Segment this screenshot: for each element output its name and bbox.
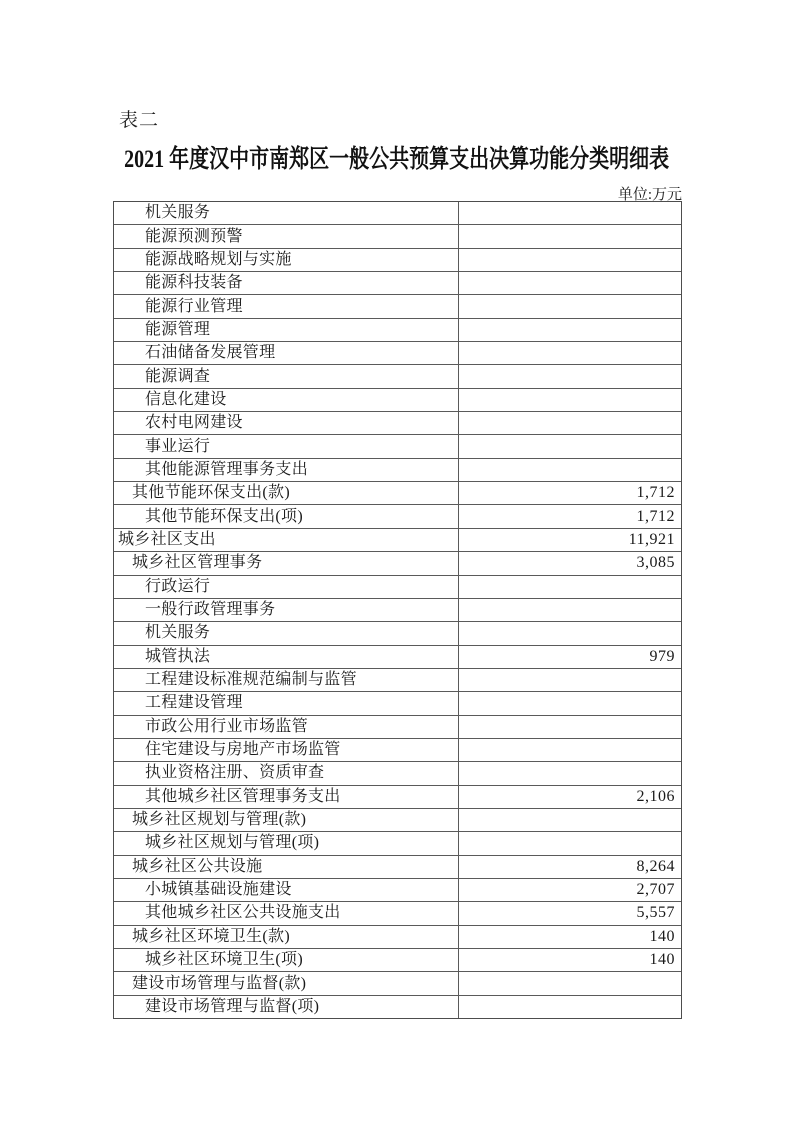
table-row: 工程建设标准规范编制与监管	[114, 669, 681, 692]
row-category-label: 机关服务	[114, 622, 459, 644]
row-category-label: 小城镇基础设施建设	[114, 879, 459, 901]
table-row: 机关服务	[114, 622, 681, 645]
row-amount-value: 2,707	[459, 879, 681, 901]
table-row: 城乡社区规划与管理(款)	[114, 809, 681, 832]
row-category-label: 石油储备发展管理	[114, 342, 459, 364]
row-category-label: 能源预测预警	[114, 225, 459, 247]
table-row: 市政公用行业市场监管	[114, 716, 681, 739]
row-category-label: 其他城乡社区管理事务支出	[114, 786, 459, 808]
row-category-label: 城乡社区规划与管理(款)	[114, 809, 459, 831]
row-category-label: 能源管理	[114, 319, 459, 341]
table-row: 能源调查	[114, 365, 681, 388]
table-row: 其他城乡社区管理事务支出 2,106	[114, 786, 681, 809]
table-row: 其他节能环保支出(项) 1,712	[114, 505, 681, 528]
budget-table: 机关服务 能源预测预警 能源战略规划与实施 能源科技装备 能源行业管理 能源管理…	[113, 201, 682, 1019]
table-row: 能源战略规划与实施	[114, 249, 681, 272]
row-amount-value	[459, 996, 681, 1018]
table-row: 工程建设管理	[114, 692, 681, 715]
row-amount-value: 140	[459, 949, 681, 971]
row-category-label: 能源科技装备	[114, 272, 459, 294]
table-row: 能源行业管理	[114, 295, 681, 318]
row-amount-value	[459, 412, 681, 434]
row-category-label: 建设市场管理与监督(项)	[114, 996, 459, 1018]
row-amount-value: 5,557	[459, 902, 681, 924]
row-amount-value	[459, 832, 681, 854]
row-category-label: 农村电网建设	[114, 412, 459, 434]
row-category-label: 城乡社区支出	[114, 529, 459, 551]
table-row: 城乡社区支出 11,921	[114, 529, 681, 552]
row-amount-value: 2,106	[459, 786, 681, 808]
row-category-label: 执业资格注册、资质审查	[114, 762, 459, 784]
table-row: 城乡社区环境卫生(款) 140	[114, 926, 681, 949]
row-category-label: 能源行业管理	[114, 295, 459, 317]
row-amount-value: 8,264	[459, 856, 681, 878]
row-amount-value	[459, 295, 681, 317]
row-amount-value	[459, 692, 681, 714]
row-category-label: 能源战略规划与实施	[114, 249, 459, 271]
row-category-label: 城乡社区公共设施	[114, 856, 459, 878]
table-row: 建设市场管理与监督(款)	[114, 972, 681, 995]
title-container: 2021 年度汉中市南郑区一般公共预算支出决算功能分类明细表	[0, 146, 793, 175]
row-amount-value	[459, 342, 681, 364]
row-amount-value: 1,712	[459, 505, 681, 527]
table-row: 城乡社区环境卫生(项) 140	[114, 949, 681, 972]
row-category-label: 城管执法	[114, 646, 459, 668]
table-row: 行政运行	[114, 576, 681, 599]
row-amount-value: 140	[459, 926, 681, 948]
table-row: 石油储备发展管理	[114, 342, 681, 365]
table-row: 城乡社区管理事务 3,085	[114, 552, 681, 575]
row-category-label: 能源调查	[114, 365, 459, 387]
row-amount-value	[459, 319, 681, 341]
table-row: 城管执法 979	[114, 646, 681, 669]
row-amount-value	[459, 459, 681, 481]
row-category-label: 一般行政管理事务	[114, 599, 459, 621]
table-row: 信息化建设	[114, 389, 681, 412]
table-row: 小城镇基础设施建设 2,707	[114, 879, 681, 902]
row-category-label: 城乡社区环境卫生(项)	[114, 949, 459, 971]
row-category-label: 行政运行	[114, 576, 459, 598]
row-amount-value	[459, 435, 681, 457]
row-category-label: 工程建设管理	[114, 692, 459, 714]
row-category-label: 城乡社区环境卫生(款)	[114, 926, 459, 948]
row-amount-value	[459, 202, 681, 224]
row-category-label: 其他节能环保支出(项)	[114, 505, 459, 527]
table-row: 能源科技装备	[114, 272, 681, 295]
row-category-label: 工程建设标准规范编制与监管	[114, 669, 459, 691]
row-category-label: 机关服务	[114, 202, 459, 224]
row-amount-value: 3,085	[459, 552, 681, 574]
table-row: 城乡社区公共设施 8,264	[114, 856, 681, 879]
row-amount-value	[459, 669, 681, 691]
row-amount-value	[459, 249, 681, 271]
row-amount-value	[459, 739, 681, 761]
row-amount-value	[459, 576, 681, 598]
table-row: 其他能源管理事务支出	[114, 459, 681, 482]
row-amount-value	[459, 809, 681, 831]
table-row: 一般行政管理事务	[114, 599, 681, 622]
table-row: 执业资格注册、资质审查	[114, 762, 681, 785]
row-category-label: 市政公用行业市场监管	[114, 716, 459, 738]
table-row: 城乡社区规划与管理(项)	[114, 832, 681, 855]
row-category-label: 城乡社区规划与管理(项)	[114, 832, 459, 854]
row-category-label: 住宅建设与房地产市场监管	[114, 739, 459, 761]
table-row: 事业运行	[114, 435, 681, 458]
row-amount-value	[459, 225, 681, 247]
row-category-label: 其他城乡社区公共设施支出	[114, 902, 459, 924]
row-category-label: 其他节能环保支出(款)	[114, 482, 459, 504]
table-row: 住宅建设与房地产市场监管	[114, 739, 681, 762]
table-number-label: 表二	[119, 105, 159, 132]
table-row: 能源预测预警	[114, 225, 681, 248]
document-page: 表二 2021 年度汉中市南郑区一般公共预算支出决算功能分类明细表 单位:万元 …	[0, 0, 793, 1122]
row-amount-value	[459, 972, 681, 994]
table-row: 农村电网建设	[114, 412, 681, 435]
row-amount-value: 11,921	[459, 529, 681, 551]
document-title: 2021 年度汉中市南郑区一般公共预算支出决算功能分类明细表	[124, 146, 669, 175]
table-row: 其他节能环保支出(款) 1,712	[114, 482, 681, 505]
row-category-label: 建设市场管理与监督(款)	[114, 972, 459, 994]
row-amount-value	[459, 599, 681, 621]
table-row: 其他城乡社区公共设施支出 5,557	[114, 902, 681, 925]
row-amount-value	[459, 389, 681, 411]
row-category-label: 其他能源管理事务支出	[114, 459, 459, 481]
row-category-label: 城乡社区管理事务	[114, 552, 459, 574]
row-amount-value: 1,712	[459, 482, 681, 504]
row-amount-value	[459, 762, 681, 784]
table-row: 机关服务	[114, 202, 681, 225]
row-amount-value: 979	[459, 646, 681, 668]
row-amount-value	[459, 272, 681, 294]
row-category-label: 信息化建设	[114, 389, 459, 411]
row-category-label: 事业运行	[114, 435, 459, 457]
table-row: 能源管理	[114, 319, 681, 342]
table-row: 建设市场管理与监督(项)	[114, 996, 681, 1018]
row-amount-value	[459, 365, 681, 387]
row-amount-value	[459, 716, 681, 738]
row-amount-value	[459, 622, 681, 644]
